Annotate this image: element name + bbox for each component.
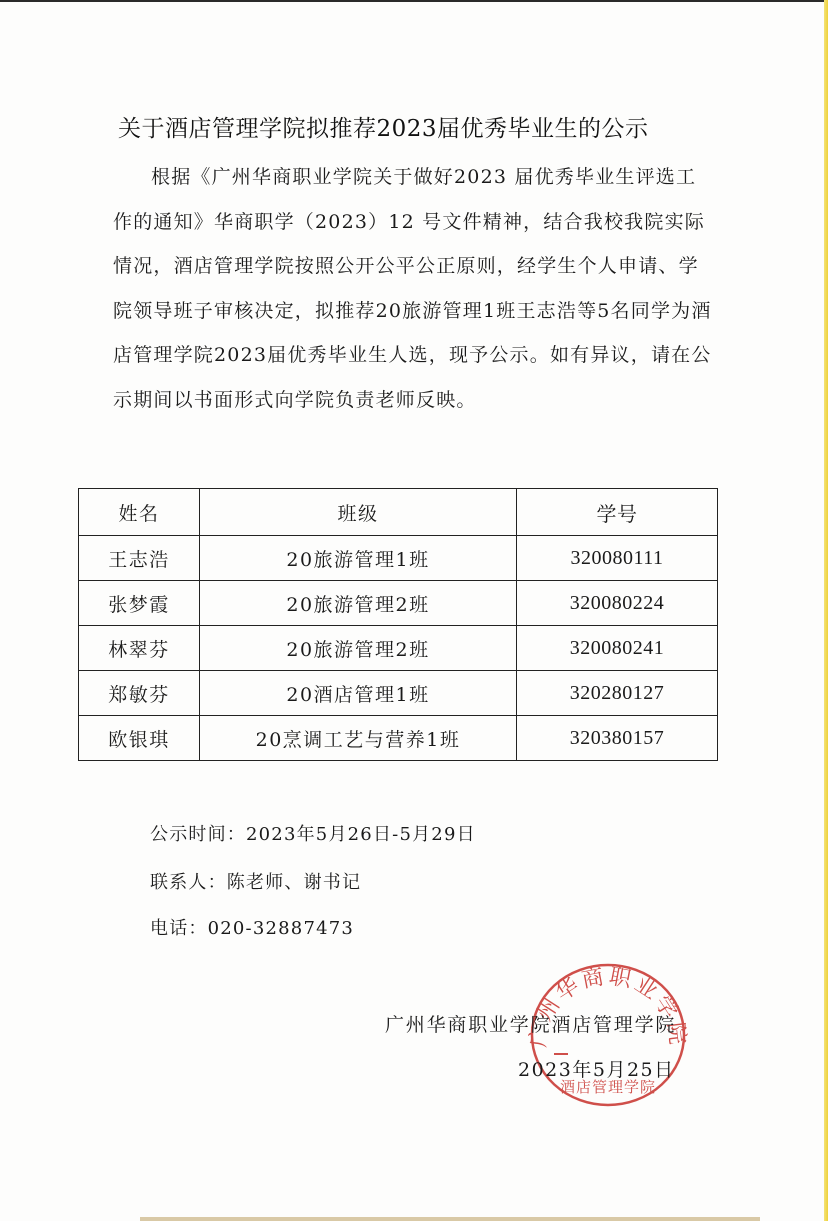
- cell-student-id: 320080111: [517, 536, 718, 581]
- cell-name: 林翠芬: [79, 626, 200, 671]
- document-title: 关于酒店管理学院拟推荐2023届优秀毕业生的公示: [118, 110, 649, 143]
- cell-class: 20烹调工艺与营养1班: [200, 716, 517, 761]
- signing-organization: 广州华商职业学院酒店管理学院: [385, 1010, 676, 1037]
- scan-edge-right: [824, 0, 828, 1221]
- cell-student-id: 320080241: [517, 626, 718, 671]
- document-page: 关于酒店管理学院拟推荐2023届优秀毕业生的公示 根据《广州华商职业学院关于做好…: [0, 0, 828, 1221]
- cell-name: 欧银琪: [79, 716, 200, 761]
- table-header-row: 姓名 班级 学号: [79, 489, 718, 536]
- scan-edge-bottom: [140, 1217, 760, 1221]
- table-row: 欧银琪 20烹调工艺与营养1班 320380157: [79, 716, 718, 761]
- cell-name: 张梦霞: [79, 581, 200, 626]
- cell-class: 20旅游管理2班: [200, 626, 517, 671]
- table-row: 张梦霞 20旅游管理2班 320080224: [79, 581, 718, 626]
- signing-date: 2023年5月25日: [518, 1055, 675, 1082]
- cell-class: 20酒店管理1班: [200, 671, 517, 716]
- header-class: 班级: [200, 489, 517, 536]
- cell-student-id: 320380157: [517, 716, 718, 761]
- table-row: 王志浩 20旅游管理1班 320080111: [79, 536, 718, 581]
- header-student-id: 学号: [517, 489, 718, 536]
- cell-name: 王志浩: [79, 536, 200, 581]
- header-name: 姓名: [79, 489, 200, 536]
- announcement-period: 公示时间：2023年5月26日-5月29日: [150, 820, 476, 846]
- nominee-table: 姓名 班级 学号 王志浩 20旅游管理1班 320080111 张梦霞 20旅游…: [78, 488, 718, 761]
- table-row: 林翠芬 20旅游管理2班 320080241: [79, 626, 718, 671]
- body-paragraph: 根据《广州华商职业学院关于做好2023 届优秀毕业生评选工作的通知》华商职学（2…: [113, 155, 713, 422]
- cell-student-id: 320080224: [517, 581, 718, 626]
- contact-phone: 电话：020-32887473: [150, 914, 354, 940]
- cell-class: 20旅游管理2班: [200, 581, 517, 626]
- cell-name: 郑敏芬: [79, 671, 200, 716]
- scan-edge-top: [0, 0, 828, 2]
- contact-person: 联系人：陈老师、谢书记: [150, 868, 361, 894]
- table-row: 郑敏芬 20酒店管理1班 320280127: [79, 671, 718, 716]
- cell-class: 20旅游管理1班: [200, 536, 517, 581]
- cell-student-id: 320280127: [517, 671, 718, 716]
